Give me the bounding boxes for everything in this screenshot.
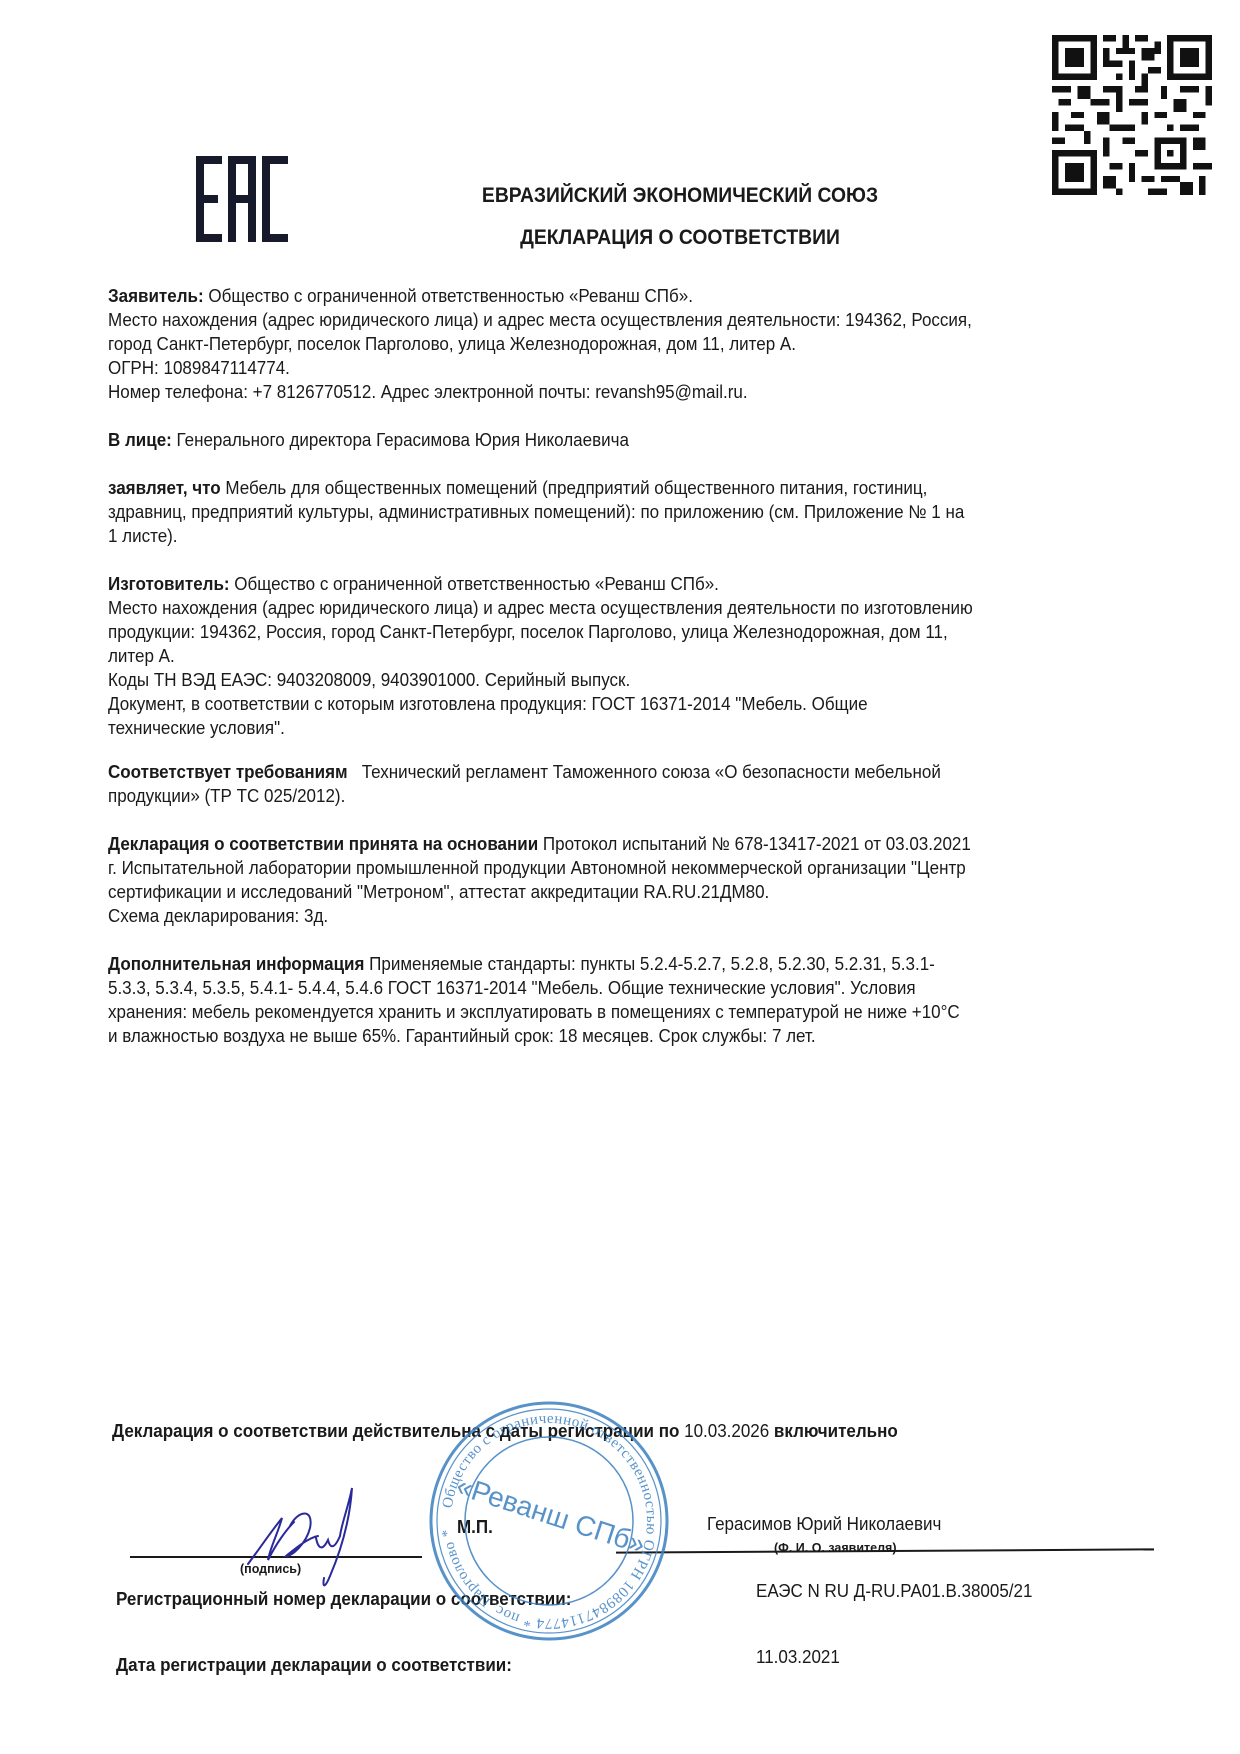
compliance-label: Соответствует требованиям [108,761,348,782]
signer-caption: (Ф. И. О. заявителя) [774,1541,897,1555]
qr-code-icon [1052,34,1212,196]
applicant-address-1: Место нахождения (адрес юридического лиц… [108,308,1112,332]
union-title: ЕВРАЗИЙСКИЙ ЭКОНОМИЧЕСКИЙ СОЮЗ [54,184,1240,208]
compliance-section: Соответствует требованиям Технический ре… [108,760,1112,808]
document-title: ДЕКЛАРАЦИЯ О СООТВЕТСТВИИ [54,226,1240,250]
product-desc-1: Мебель для общественных помещений (предп… [221,477,928,498]
applicant-address-2: город Санкт-Петербург, поселок Парголово… [108,332,1112,356]
qr-code[interactable] [1052,34,1212,196]
product-desc-3: 1 листе). [108,524,1112,548]
validity-suffix: включительно [769,1420,898,1441]
manufacturer-address-3: литер А. [108,644,1112,668]
standard-doc-2: технические условия". [108,716,1112,740]
represented-by-section: В лице: Генерального директора Герасимов… [108,428,1112,452]
applicant-name: Общество с ограниченной ответственностью… [204,285,693,306]
regulation-1: Технический регламент Таможенного союза … [348,761,941,782]
manufacturer-address-2: продукции: 194362, Россия, город Санкт-П… [108,620,1112,644]
test-protocol-1: Протокол испытаний № 678-13417-2021 от 0… [538,833,971,854]
declaration-scheme: Схема декларирования: 3д. [108,904,1112,928]
manufacturer-section: Изготовитель: Общество с ограниченной от… [108,572,1112,740]
hs-codes: Коды ТН ВЭД ЕАЭС: 9403208009, 9403901000… [108,668,1112,692]
signature-icon [230,1478,380,1598]
represented-by-label: В лице: [108,429,172,450]
applicant-section: Заявитель: Общество с ограниченной ответ… [108,284,1112,404]
test-protocol-2: г. Испытательной лаборатории промышленно… [108,856,1112,880]
regulation-2: продукции» (ТР ТС 025/2012). [108,784,1112,808]
applicant-ogrn: ОГРН: 1089847114774. [108,356,1112,380]
additional-info-1: Применяемые стандарты: пункты 5.2.4-5.2.… [364,953,934,974]
validity-date: 10.03.2026 [684,1420,769,1441]
additional-info-section: Дополнительная информация Применяемые ст… [108,952,1112,1048]
additional-info-label: Дополнительная информация [108,953,364,974]
additional-info-2: 5.3.3, 5.3.4, 5.3.5, 5.4.1- 5.4.4, 5.4.6… [108,976,1112,1000]
declares-label: заявляет, что [108,477,221,498]
manufacturer-address-1: Место нахождения (адрес юридического лиц… [108,596,1112,620]
applicant-label: Заявитель: [108,285,204,306]
declares-section: заявляет, что Мебель для общественных по… [108,476,1112,548]
registration-date: 11.03.2021 [756,1646,840,1668]
handwritten-signature [230,1478,380,1598]
additional-info-3: хранения: мебель рекомендуется хранить и… [108,1000,1112,1024]
manufacturer-label: Изготовитель: [108,573,230,594]
product-desc-2: здравниц, предприятий культуры, админист… [108,500,1112,524]
basis-label: Декларация о соответствии принята на осн… [108,833,538,854]
registration-number: ЕАЭС N RU Д-RU.РА01.В.38005/21 [756,1580,1032,1602]
company-stamp: Общество с ограниченной ответственностью… [424,1396,674,1646]
stamp-center-text: «Реванш СПб» [453,1470,649,1560]
test-protocol-3: сертификации и исследований "Метроном", … [108,880,1112,904]
standard-doc-1: Документ, в соответствии с которым изгот… [108,692,1112,716]
basis-section: Декларация о соответствии принята на осн… [108,832,1112,928]
stamp-icon: Общество с ограниченной ответственностью… [424,1396,674,1646]
manufacturer-name: Общество с ограниченной ответственностью… [230,573,719,594]
applicant-contacts: Номер телефона: +7 8126770512. Адрес эле… [108,380,1112,404]
signer-name: Герасимов Юрий Николаевич [707,1513,941,1535]
additional-info-4: и влажностью воздуха не выше 65%. Гарант… [108,1024,1112,1048]
represented-by-text: Генерального директора Герасимова Юрия Н… [172,429,629,450]
registration-date-label: Дата регистрации декларации о соответств… [116,1654,512,1676]
